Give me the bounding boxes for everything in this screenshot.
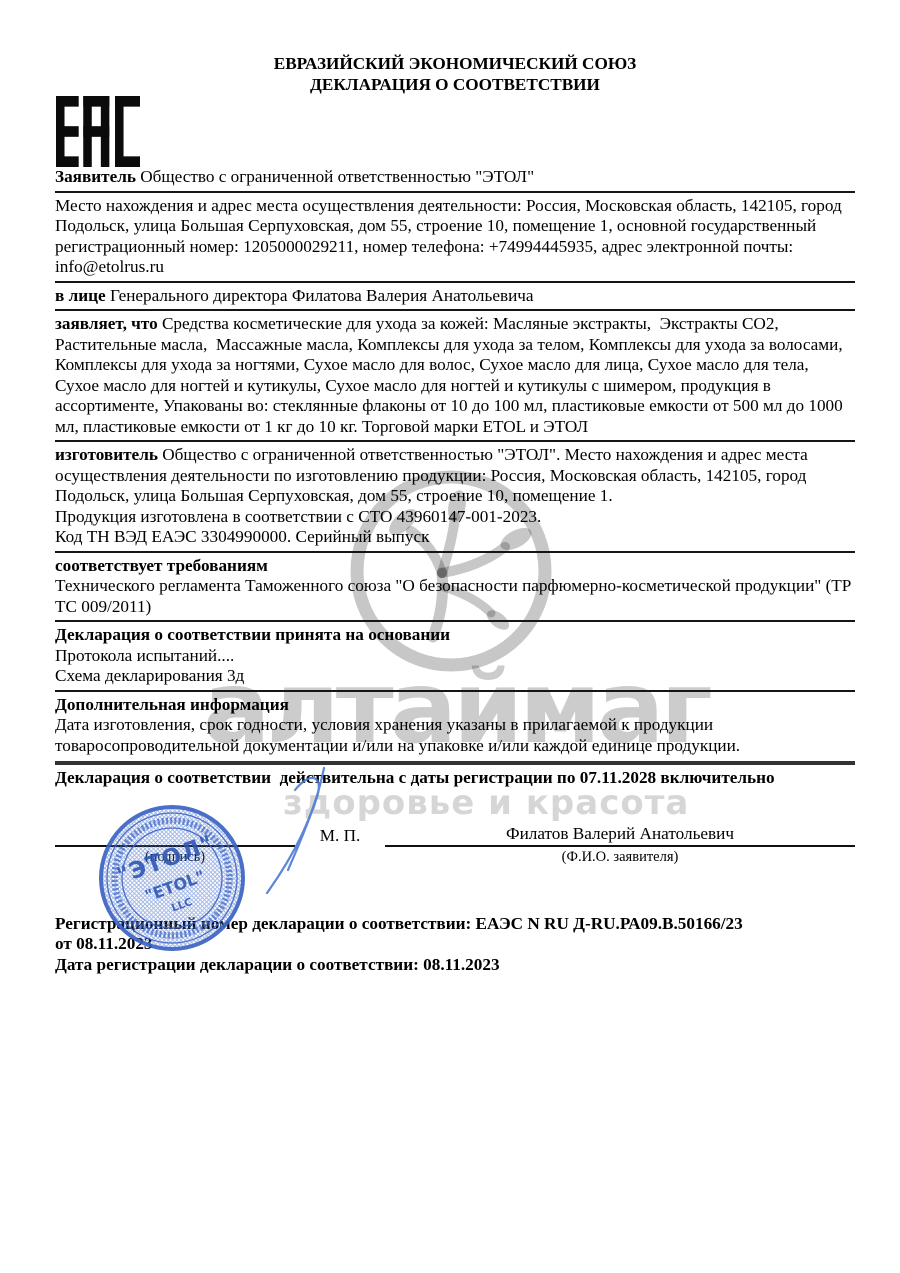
manufacturer-label: изготовитель: [55, 445, 158, 464]
declares-value: Средства косметические для ухода за коже…: [55, 314, 847, 436]
person-row: в лице Генерального директора Филатова В…: [55, 286, 855, 307]
applicant-row: Заявитель Общество с ограниченной ответс…: [55, 167, 855, 188]
declarant-name-caption: (Ф.И.О. заявителя): [385, 847, 855, 866]
stamp-place-label: М. П.: [295, 823, 385, 846]
manufacturer-row: изготовитель Общество с ограниченной отв…: [55, 445, 855, 548]
additional-text: Дата изготовления, срок годности, услови…: [55, 715, 855, 756]
eac-logo-icon: [56, 96, 140, 167]
basis-scheme: Схема декларирования 3д: [55, 666, 855, 687]
validity-line: Декларация о соответствии действительна …: [55, 768, 855, 789]
basis-heading: Декларация о соответствии принята на осн…: [55, 625, 855, 646]
additional-heading: Дополнительная информация: [55, 695, 855, 716]
declares-row: заявляет, что Средства косметические для…: [55, 314, 855, 437]
declarant-name-area: Филатов Валерий Анатольевич (Ф.И.О. заяв…: [385, 823, 855, 866]
company-stamp: "ЭТОЛ" "ETOL" LLC: [92, 798, 252, 958]
section-divider: [55, 309, 855, 311]
section-divider: [55, 440, 855, 442]
document-title-line1: ЕВРАЗИЙСКИЙ ЭКОНОМИЧЕСКИЙ СОЮЗ: [55, 54, 855, 75]
basis-protocol: Протокола испытаний....: [55, 646, 855, 667]
declares-label: заявляет, что: [55, 314, 158, 333]
section-divider: [55, 620, 855, 622]
section-divider: [55, 551, 855, 553]
section-divider-thick: [55, 761, 855, 765]
section-divider: [55, 690, 855, 692]
document-title-line2: ДЕКЛАРАЦИЯ О СООТВЕТСТВИИ: [55, 75, 855, 96]
section-divider: [55, 281, 855, 283]
section-divider: [55, 191, 855, 193]
complies-text: Технического регламента Таможенного союз…: [55, 576, 855, 617]
declarant-name: Филатов Валерий Анатольевич: [385, 823, 855, 847]
applicant-label: Заявитель: [55, 167, 136, 186]
complies-heading: соответствует требованиям: [55, 556, 855, 577]
person-label: в лице: [55, 286, 106, 305]
manufacturer-value: Общество с ограниченной ответственностью…: [55, 445, 812, 546]
applicant-value: Общество с ограниченной ответственностью…: [140, 167, 534, 186]
applicant-address: Место нахождения и адрес места осуществл…: [55, 196, 855, 278]
person-value: Генерального директора Филатова Валерия …: [110, 286, 534, 305]
declaration-document: алтаймаг здоровье и красота ЕВРАЗИЙСКИЙ …: [0, 0, 900, 1273]
